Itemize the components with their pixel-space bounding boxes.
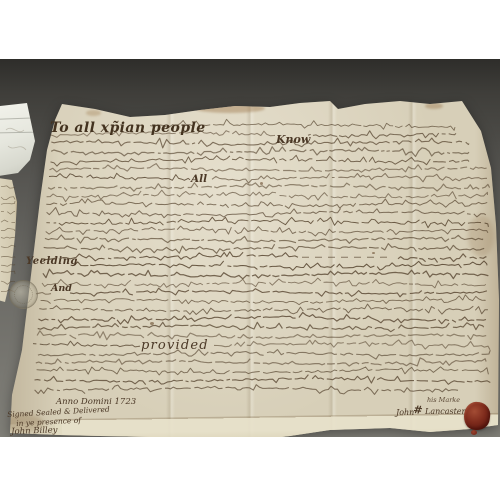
signer-name-john: John [396,409,414,417]
auction-photo: To all xp̃ian people Know All Yeelding A… [0,59,500,437]
signer-surname: Lancaster [425,408,465,416]
and-word: And [51,284,72,294]
signer-mark: # [413,404,423,416]
embossed-duty-stamp [9,280,38,309]
wax-seal-drip [471,430,477,435]
witness-signature: John Billey [11,426,58,436]
handwriting-lines [0,59,500,437]
his-marke-label: his Marke [427,397,460,404]
photo-inner: To all xp̃ian people Know All Yeelding A… [0,59,500,437]
yeelding-word: Yeelding [26,257,78,267]
opening-words: To all xp̃ian people [50,122,206,136]
provided-word: provided [141,339,209,352]
know-word: Know [276,134,310,145]
all-word: All [191,174,207,185]
